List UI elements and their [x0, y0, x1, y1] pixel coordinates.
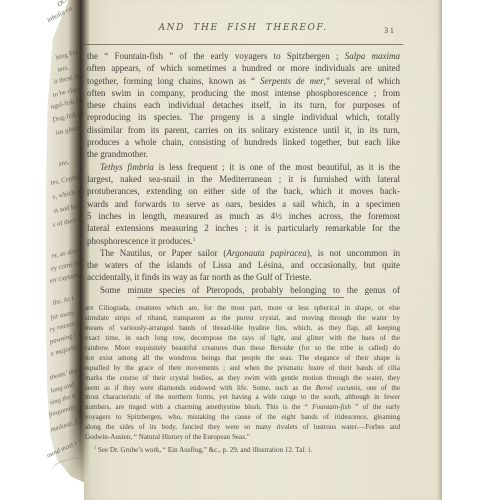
text-segment: ” of the early: [351, 403, 400, 411]
footnote-line: rainbow. More exquisitely beautiful crea…: [85, 344, 400, 354]
text-segment: Salpa maxima: [345, 51, 400, 61]
text-segment: the waters of the islands of Lissa and L…: [87, 260, 400, 270]
text-segment: along the sides of its body, fancied the…: [85, 423, 400, 431]
footnote-line: voyagers to Spitzbergen, who, mistaking …: [85, 413, 400, 423]
text-segment: often appears, of which sometimes a hund…: [87, 63, 400, 73]
text-segment: dissimilar from its parent, carries on i…: [87, 125, 400, 135]
body-text-line: lateral extensions measuring 2 inches ; …: [87, 222, 400, 234]
text-segment: ), is not uncommon in: [307, 248, 400, 258]
text-segment: Fountain-fish: [312, 403, 351, 411]
text-segment: Beroë cucumis: [316, 384, 360, 392]
text-segment: ,” several of which: [324, 76, 400, 86]
text-segment: Some minute species of Pteropods, probab…: [100, 285, 400, 295]
footnote-line: simulate strips of riband, transparent a…: [85, 314, 400, 324]
body-text-line: the “ Fountain-fish ” of the early voyag…: [87, 50, 400, 62]
text-segment: seem as if they were diamonds endowed wi…: [85, 384, 316, 392]
footnote-rule: [137, 297, 344, 298]
body-text-line: phosphorescence it produces.1: [87, 234, 400, 246]
book-photo: OC.inholia cahing Fryters.it these mto b…: [0, 0, 500, 500]
text-segment: Argonauta papiracea: [226, 248, 306, 258]
text-segment: voyagers to Spitzbergen, who, mistaking …: [85, 413, 400, 421]
text-segment: equalled by the grace of their movements…: [85, 364, 400, 372]
text-segment: together, forming long chains, known as …: [87, 76, 260, 86]
body-text-line: the waters of the islands of Lissa and L…: [87, 259, 400, 271]
body-text-line: these chains each individual detaches it…: [87, 99, 400, 111]
footnote-line: 1 See Dr. Grube’s work, “ Ein Ausflug,” …: [85, 443, 400, 453]
text-segment: these chains each individual detaches it…: [87, 100, 400, 110]
body-text-line: Tethys fimbria is less frequent ; it is …: [87, 161, 400, 173]
text-segment: the “ Fountain-fish ” of the early voyag…: [87, 51, 345, 61]
footnote-line: most characteristic of the northern form…: [85, 393, 400, 403]
text-segment: 5 inches in length, measured as much as …: [87, 211, 400, 221]
text-segment: wards and forwards to serve as oars, bes…: [87, 199, 400, 209]
footnote-line: Godwin-Austen, “ Natural History of the …: [85, 433, 400, 443]
body-text-line: dissimilar from its parent, carries on i…: [87, 124, 400, 136]
text-segment: phosphorescence it produces.: [87, 236, 193, 246]
body-text-line: often appears, of which sometimes a hund…: [87, 62, 400, 74]
body-text: the “ Fountain-fish ” of the early voyag…: [87, 50, 400, 296]
body-text-line: often swim in company, producing the mos…: [87, 87, 400, 99]
text-segment: often swim in company, producing the mos…: [87, 88, 400, 98]
footnote-text: are Ciliograda, creatures which are, for…: [85, 304, 400, 453]
footnote-line: not exist among all the wondrous beings …: [85, 354, 400, 364]
body-text-line: produces a whole chain, consisting of hu…: [87, 136, 400, 148]
footnote-line: are Ciliograda, creatures which are, for…: [85, 304, 400, 314]
footnote-line: marks the course of their crystal bodies…: [85, 374, 400, 384]
header-rule: [84, 44, 403, 45]
body-text-line: The Nautilus, or Paper sailor (Argonauta…: [87, 247, 400, 259]
text-segment: protuberances, extending on either side …: [87, 186, 400, 196]
text-segment: , one of the: [360, 384, 400, 392]
body-text-line: reproducing its species. The progeny is …: [87, 111, 400, 123]
text-segment: rainbow. More exquisitely beautiful crea…: [85, 344, 270, 352]
text-segment: are Ciliograda, creatures which are, for…: [85, 304, 400, 312]
text-segment: means of variously-arranged bands of thr…: [85, 324, 400, 332]
text-segment: 1: [193, 237, 196, 243]
text-segment: not exist among all the wondrous beings …: [85, 354, 400, 362]
text-segment: simulate strips of riband, transparent a…: [85, 314, 400, 322]
footnote-line: equalled by the grace of their movements…: [85, 364, 400, 374]
text-segment: Godwin-Austen, “ Natural History of the …: [85, 433, 250, 441]
text-segment: The Nautilus, or Paper sailor (: [100, 248, 226, 258]
text-segment: the grandmother.: [87, 149, 148, 159]
text-segment: produces a whole chain, consisting of hu…: [87, 137, 400, 147]
text-segment: (for so the tribe is called) do: [294, 344, 400, 352]
book-gutter-shadow: [68, 0, 90, 482]
running-head: AND THE FISH THEREOF.: [84, 23, 402, 33]
body-text-line: the grandmother.: [87, 148, 400, 160]
book-page: AND THE FISH THEREOF. 31 the “ Fountain-…: [84, 0, 442, 500]
footnote-line: along the sides of its body, fancied the…: [85, 423, 400, 433]
body-text-line: wards and forwards to serve as oars, bes…: [87, 198, 400, 210]
footnote-line: exact time, in each long row, decompose …: [85, 334, 400, 344]
text-segment: See Dr. Grube’s work, “ Ein Ausflug,” &c…: [96, 446, 312, 454]
footnote-line: seem as if they were diamonds endowed wi…: [85, 384, 400, 394]
body-text-line: largest, naked sea-snail in the Mediterr…: [87, 173, 400, 185]
text-segment: most characteristic of the northern form…: [85, 393, 400, 401]
text-segment: lateral extensions measuring 2 inches ; …: [87, 223, 400, 233]
text-segment: numbers, are tinged with a charming amet…: [85, 403, 312, 411]
text-segment: largest, naked sea-snail in the Mediterr…: [87, 174, 400, 184]
body-text-line: protuberances, extending on either side …: [87, 185, 400, 197]
text-segment: marks the course of their crystal bodies…: [85, 374, 400, 382]
page-number: 31: [384, 25, 396, 35]
text-segment: reproducing its species. The progeny is …: [87, 112, 400, 122]
footnote-line: numbers, are tinged with a charming amet…: [85, 403, 400, 413]
body-text-line: accidentally, it finds its way as far no…: [87, 271, 400, 283]
body-text-line: together, forming long chains, known as …: [87, 75, 400, 87]
text-segment: Serpents de mer: [260, 76, 324, 86]
text-segment: is less frequent ; it is one of the most…: [154, 162, 400, 172]
body-text-line: Some minute species of Pteropods, probab…: [87, 284, 400, 296]
body-text-line: 5 inches in length, measured as much as …: [87, 210, 400, 222]
text-segment: exact time, in each long row, decompose …: [85, 334, 400, 342]
text-segment: accidentally, it finds its way as far no…: [87, 272, 311, 282]
text-segment: Beroidæ: [270, 344, 294, 352]
footnote-line: means of variously-arranged bands of thr…: [85, 324, 400, 334]
text-segment: Tethys fimbria: [100, 162, 154, 172]
